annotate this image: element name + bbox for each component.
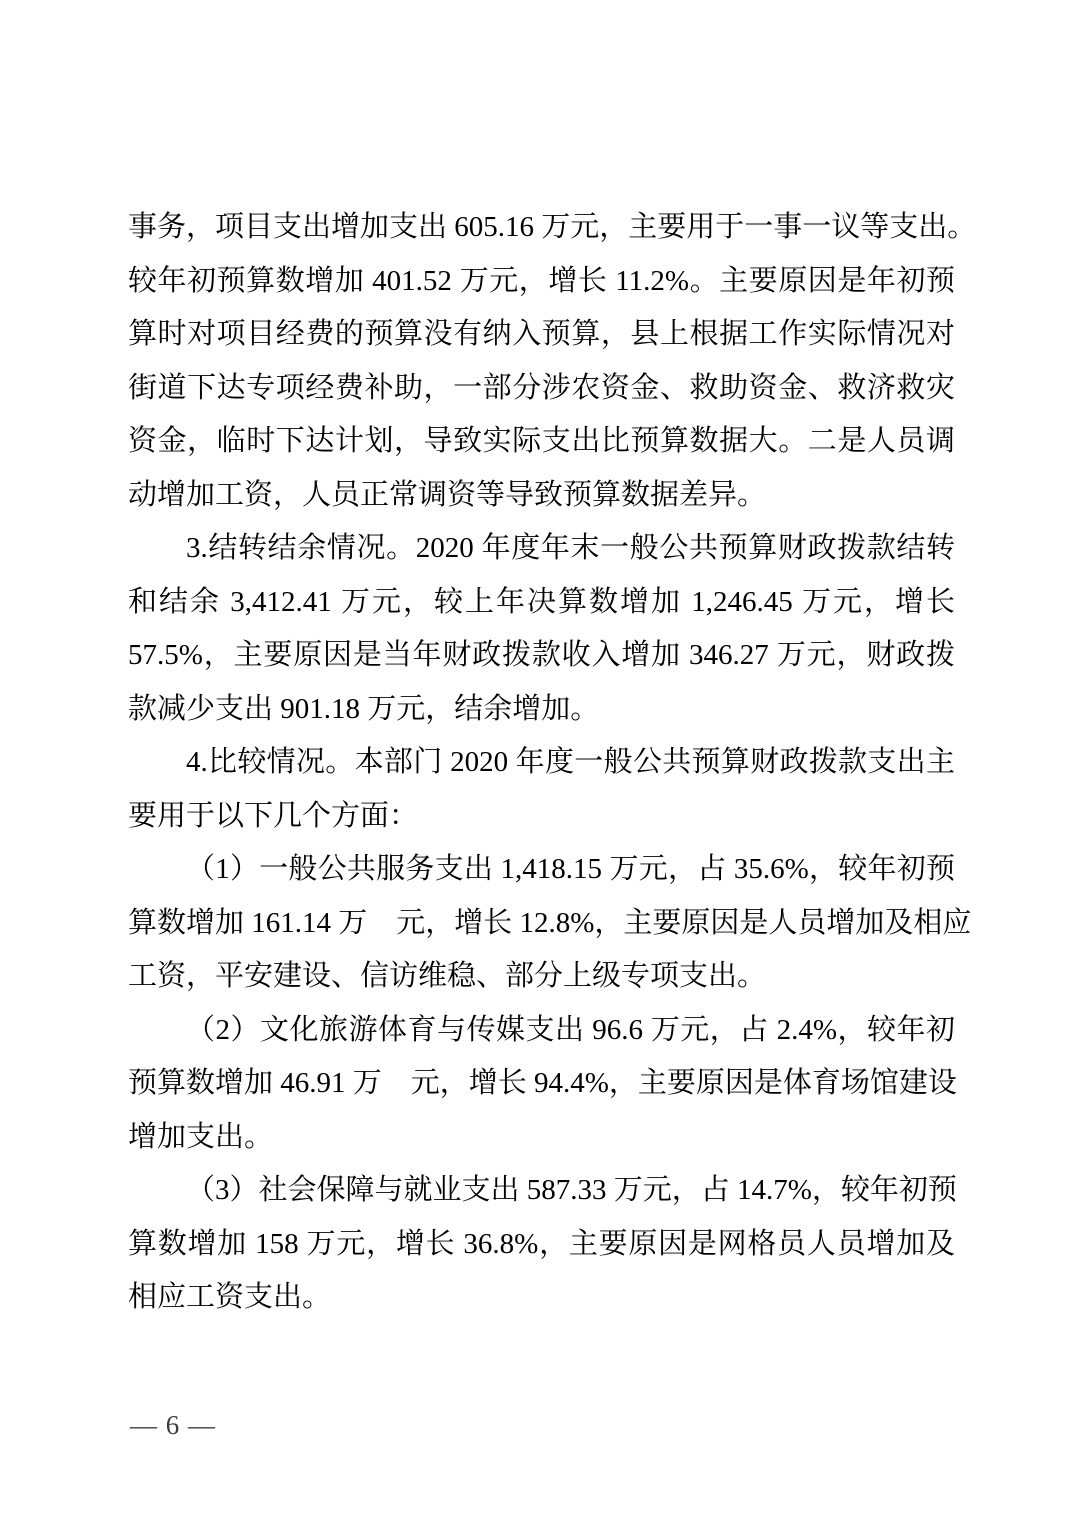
text-line: 和结余 3,412.41 万元，较上年决算数增加 1,246.45 万元，增长 [128,576,955,630]
text-line: 工资，平安建设、信访维稳、部分上级专项支出。 [128,950,955,1004]
document-page: 事务，项目支出增加支出 605.16 万元，主要用于一事一议等支出。较年初预算数… [0,0,1074,1520]
text-line: 算时对项目经费的预算没有纳入预算，县上根据工作实际情况对 [128,308,955,362]
paragraph: 4.比较情况。本部门 2020 年度一般公共预算财政拨款支出主要用于以下几个方面… [128,736,955,843]
text-line: （2）文化旅游体育与传媒支出 96.6 万元，占 2.4%，较年初 [128,1004,955,1058]
paragraph: （1）一般公共服务支出 1,418.15 万元，占 35.6%，较年初预算数增加… [128,843,955,1004]
text-line: （3）社会保障与就业支出 587.33 万元，占 14.7%，较年初预 [128,1164,955,1218]
text-line: 较年初预算数增加 401.52 万元，增长 11.2%。主要原因是年初预 [128,255,955,309]
paragraph: （2）文化旅游体育与传媒支出 96.6 万元，占 2.4%，较年初预算数增加 4… [128,1004,955,1165]
text-line: 街道下达专项经费补助，一部分涉农资金、救助资金、救济救灾 [128,362,955,416]
text-line: 款减少支出 901.18 万元，结余增加。 [128,683,955,737]
text-line: 57.5%，主要原因是当年财政拨款收入增加 346.27 万元，财政拨 [128,629,955,683]
text-line: 预算数增加 46.91 万 元，增长 94.4%，主要原因是体育场馆建设 [128,1057,955,1111]
text-line: 要用于以下几个方面： [128,790,955,844]
text-line: 动增加工资，人员正常调资等导致预算数据差异。 [128,469,955,523]
paragraph: 事务，项目支出增加支出 605.16 万元，主要用于一事一议等支出。较年初预算数… [128,201,955,522]
text-line: 算数增加 161.14 万 元，增长 12.8%，主要原因是人员增加及相应 [128,897,955,951]
text-line: 算数增加 158 万元，增长 36.8%，主要原因是网格员人员增加及 [128,1218,955,1272]
text-line: 4.比较情况。本部门 2020 年度一般公共预算财政拨款支出主 [128,736,955,790]
page-number: — 6 — [130,1410,216,1440]
text-line: 相应工资支出。 [128,1271,955,1325]
text-line: 资金，临时下达计划，导致实际支出比预算数据大。二是人员调 [128,415,955,469]
document-body: 事务，项目支出增加支出 605.16 万元，主要用于一事一议等支出。较年初预算数… [128,201,955,1325]
text-line: 增加支出。 [128,1111,955,1165]
text-line: （1）一般公共服务支出 1,418.15 万元，占 35.6%，较年初预 [128,843,955,897]
text-line: 事务，项目支出增加支出 605.16 万元，主要用于一事一议等支出。 [128,201,955,255]
page-footer: — 6 — [130,1405,216,1445]
paragraph: （3）社会保障与就业支出 587.33 万元，占 14.7%，较年初预算数增加 … [128,1164,955,1325]
paragraph: 3.结转结余情况。2020 年度年末一般公共预算财政拨款结转和结余 3,412.… [128,522,955,736]
text-line: 3.结转结余情况。2020 年度年末一般公共预算财政拨款结转 [128,522,955,576]
